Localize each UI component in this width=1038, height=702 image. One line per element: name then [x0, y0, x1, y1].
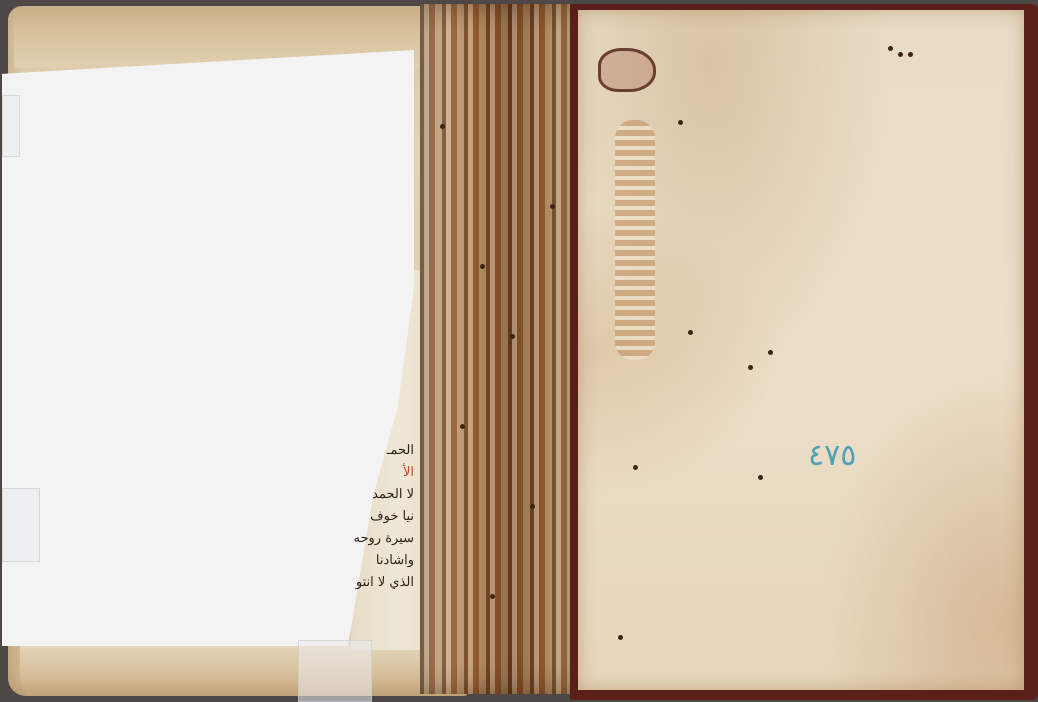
text-line: لا الحمد	[348, 484, 414, 506]
text-line: واشادنا	[348, 550, 414, 572]
tape-strip-middle	[2, 488, 40, 562]
text-line: الحمـ	[348, 440, 414, 462]
tape-strip-top	[2, 95, 20, 157]
tape-strip-bottom	[298, 640, 372, 702]
seal-stamp	[598, 48, 656, 92]
text-line: نيا خوف	[348, 506, 414, 528]
shelfmark-number: ٤٧٥	[808, 438, 856, 473]
text-line: سيرة روحه	[348, 528, 414, 550]
fragment-arabic-text: الحمـ الأ لا الحمد نيا خوف سيرة روحه واش…	[348, 440, 414, 594]
worm-eaten-spine	[420, 4, 580, 694]
worm-damage-trail	[615, 120, 655, 360]
text-line: الذي لا انتو	[348, 572, 414, 594]
rubric-line: الأ	[348, 462, 414, 484]
left-bottom-page-edges	[20, 645, 440, 695]
